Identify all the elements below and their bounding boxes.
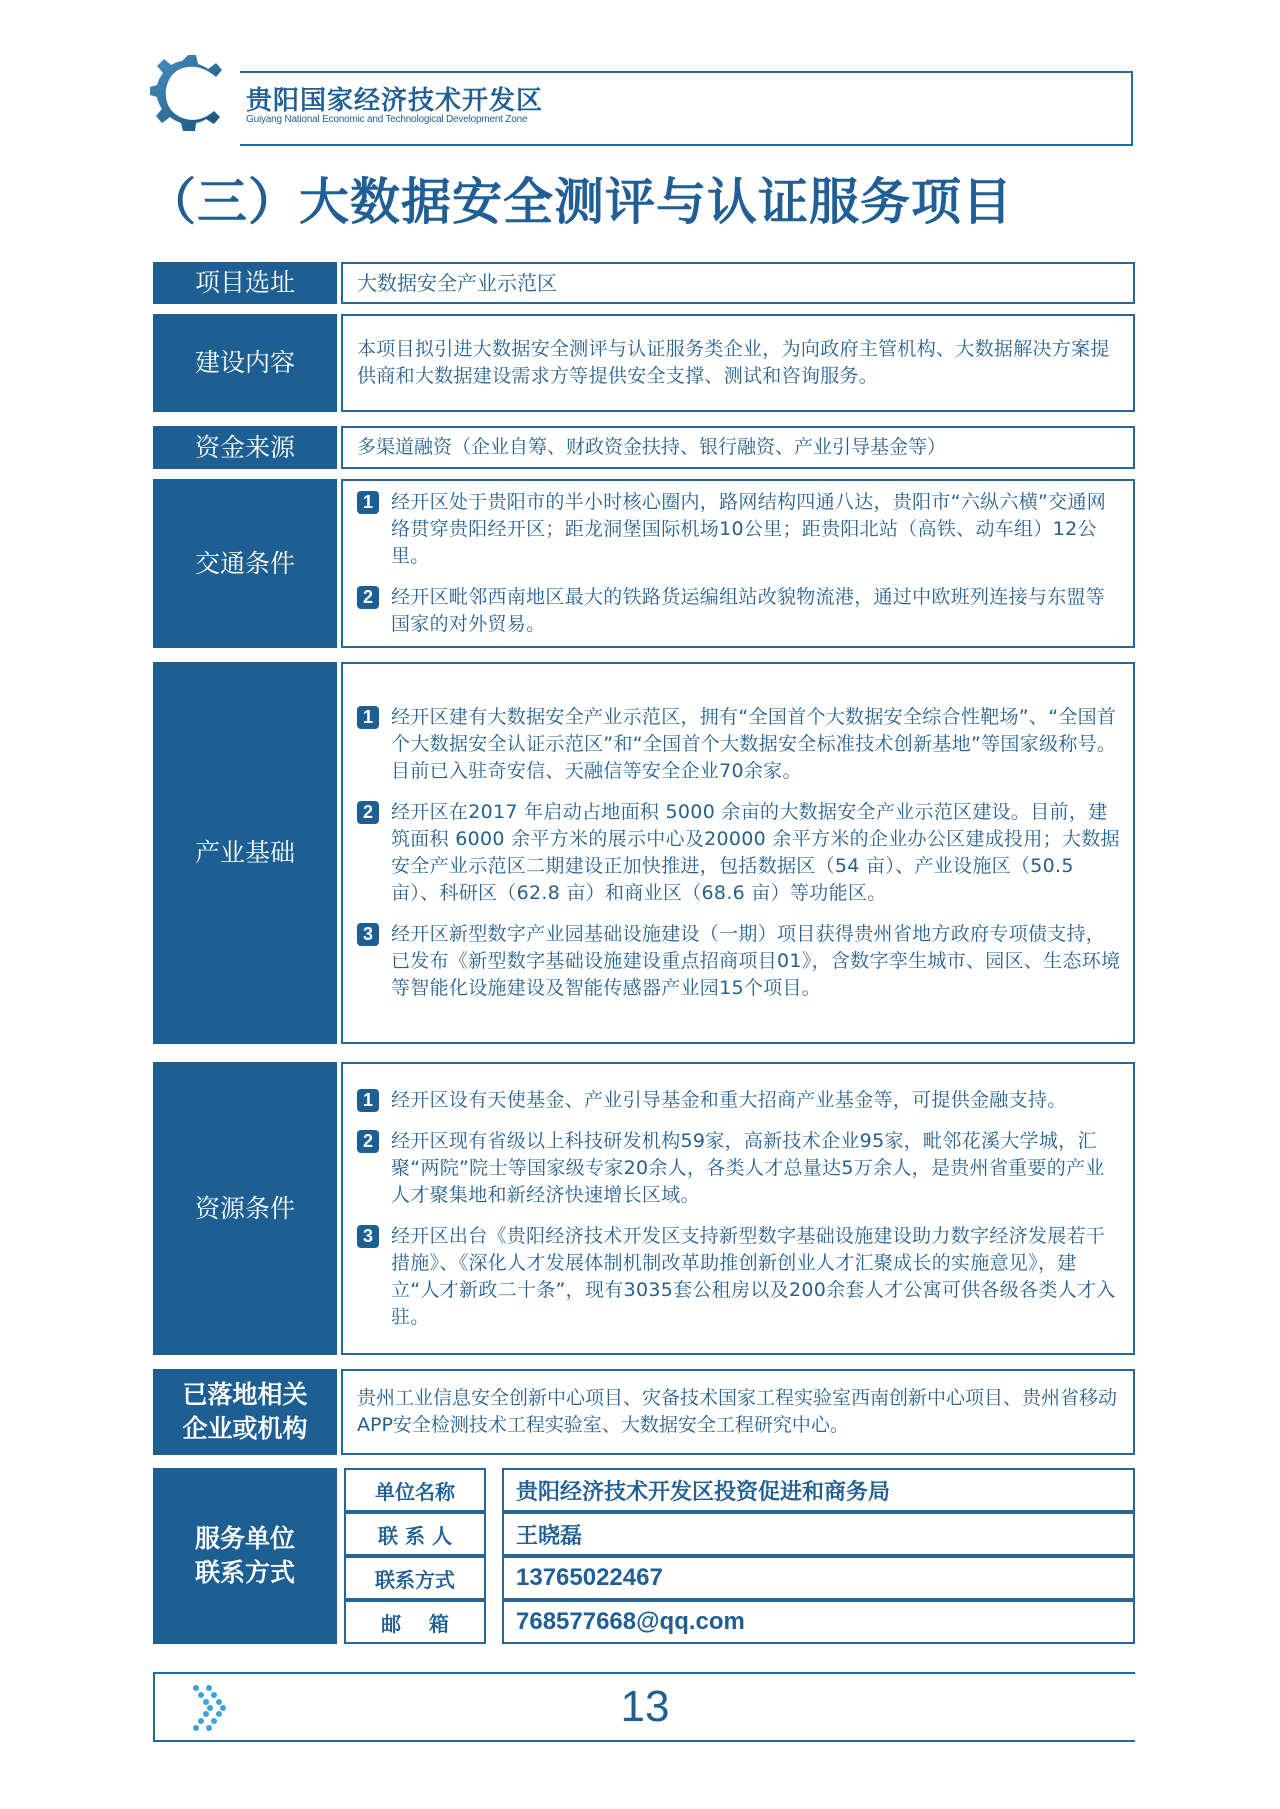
list-item: 1 经开区处于贵阳市的半小时核心圈内，路网结构四通八达，贵阳市“六纵六横”交通网… <box>357 489 1121 570</box>
list-item: 2 经开区在2017 年启动占地面积 5000 余亩的大数据安全产业示范区建设。… <box>357 799 1121 907</box>
number-badge: 1 <box>357 706 379 729</box>
funding-text: 多渠道融资（企业自筹、财政资金扶持、银行融资、产业引导基金等） <box>357 434 1121 461</box>
list-item: 2 经开区毗邻西南地区最大的铁路货运编组站改貌物流港，通过中欧班列连接与东盟等国… <box>357 584 1121 638</box>
label-industry: 产业基础 <box>153 662 337 1044</box>
item-text: 经开区现有省级以上科技研发机构59家，高新技术企业95家，毗邻花溪大学城，汇聚“… <box>391 1128 1121 1209</box>
label-contact-line1: 服务单位 <box>195 1522 295 1556</box>
value-content: 本项目拟引进大数据安全测评与认证服务类企业，为向政府主管机构、大数据解决方案提供… <box>341 314 1135 412</box>
label-contact-line2: 联系方式 <box>195 1556 295 1590</box>
item-text: 经开区出台《贵阳经济技术开发区支持新型数字基础设施建设助力数字经济发展若干措施》… <box>391 1223 1121 1331</box>
number-badge: 2 <box>357 1130 379 1153</box>
location-text: 大数据安全产业示范区 <box>357 270 1121 297</box>
label-landed-line1: 已落地相关 <box>182 1378 307 1412</box>
list-item: 1 经开区设有天使基金、产业引导基金和重大招商产业基金等，可提供金融支持。 <box>357 1087 1121 1114</box>
contact-label-phone: 联系方式 <box>344 1556 486 1600</box>
item-text: 经开区处于贵阳市的半小时核心圈内，路网结构四通八达，贵阳市“六纵六横”交通网络贯… <box>391 489 1121 570</box>
double-chevron-dots-icon <box>192 1684 244 1732</box>
number-badge: 1 <box>357 1089 379 1112</box>
contact-value-email[interactable]: 768577668@qq.com <box>502 1600 1135 1644</box>
number-badge: 2 <box>357 801 379 824</box>
contact-value-person: 王晓磊 <box>502 1512 1135 1556</box>
label-location: 项目选址 <box>153 262 337 304</box>
value-location: 大数据安全产业示范区 <box>341 262 1135 304</box>
contact-label-person: 联 系 人 <box>344 1512 486 1556</box>
list-item: 3 经开区出台《贵阳经济技术开发区支持新型数字基础设施建设助力数字经济发展若干措… <box>357 1223 1121 1331</box>
page-title: （三）大数据安全测评与认证服务项目 <box>146 162 1013 234</box>
contact-label-unit: 单位名称 <box>344 1468 486 1512</box>
gear-c-logo-icon <box>150 53 226 133</box>
label-transport: 交通条件 <box>153 479 337 648</box>
page-number: 13 <box>600 1682 690 1732</box>
item-text: 经开区毗邻西南地区最大的铁路货运编组站改貌物流港，通过中欧班列连接与东盟等国家的… <box>391 584 1121 638</box>
item-text: 经开区在2017 年启动占地面积 5000 余亩的大数据安全产业示范区建设。目前… <box>391 799 1121 907</box>
label-content: 建设内容 <box>153 314 337 412</box>
value-transport: 1 经开区处于贵阳市的半小时核心圈内，路网结构四通八达，贵阳市“六纵六横”交通网… <box>341 479 1135 648</box>
org-name-cn: 贵阳国家经济技术开发区 <box>246 80 543 117</box>
list-item: 3 经开区新型数字产业园基础设施建设（一期）项目获得贵州省地方政府专项债支持，已… <box>357 921 1121 1002</box>
label-resources: 资源条件 <box>153 1062 337 1355</box>
label-landed: 已落地相关 企业或机构 <box>153 1369 337 1455</box>
content-text: 本项目拟引进大数据安全测评与认证服务类企业，为向政府主管机构、大数据解决方案提供… <box>357 336 1121 390</box>
label-contact: 服务单位 联系方式 <box>153 1468 337 1644</box>
item-text: 经开区建有大数据安全产业示范区，拥有“全国首个大数据安全综合性靶场”、“全国首个… <box>391 704 1121 785</box>
number-badge: 3 <box>357 1225 379 1248</box>
list-item: 1 经开区建有大数据安全产业示范区，拥有“全国首个大数据安全综合性靶场”、“全国… <box>357 704 1121 785</box>
number-badge: 3 <box>357 923 379 946</box>
org-name-en: Guiyang National Economic and Technologi… <box>246 114 527 125</box>
item-text: 经开区设有天使基金、产业引导基金和重大招商产业基金等，可提供金融支持。 <box>391 1087 1121 1114</box>
list-item: 2 经开区现有省级以上科技研发机构59家，高新技术企业95家，毗邻花溪大学城，汇… <box>357 1128 1121 1209</box>
value-industry: 1 经开区建有大数据安全产业示范区，拥有“全国首个大数据安全综合性靶场”、“全国… <box>341 662 1135 1044</box>
value-resources: 1 经开区设有天使基金、产业引导基金和重大招商产业基金等，可提供金融支持。 2 … <box>341 1062 1135 1355</box>
number-badge: 2 <box>357 586 379 609</box>
landed-text: 贵州工业信息安全创新中心项目、灾备技术国家工程实验室西南创新中心项目、贵州省移动… <box>357 1385 1121 1439</box>
contact-value-phone[interactable]: 13765022467 <box>502 1556 1135 1600</box>
value-landed: 贵州工业信息安全创新中心项目、灾备技术国家工程实验室西南创新中心项目、贵州省移动… <box>341 1369 1135 1455</box>
value-funding: 多渠道融资（企业自筹、财政资金扶持、银行融资、产业引导基金等） <box>341 426 1135 469</box>
contact-value-unit: 贵阳经济技术开发区投资促进和商务局 <box>502 1468 1135 1512</box>
label-funding: 资金来源 <box>153 426 337 469</box>
label-landed-line2: 企业或机构 <box>182 1412 307 1446</box>
contact-label-email: 邮 箱 <box>344 1600 486 1644</box>
number-badge: 1 <box>357 491 379 514</box>
item-text: 经开区新型数字产业园基础设施建设（一期）项目获得贵州省地方政府专项债支持，已发布… <box>391 921 1121 1002</box>
